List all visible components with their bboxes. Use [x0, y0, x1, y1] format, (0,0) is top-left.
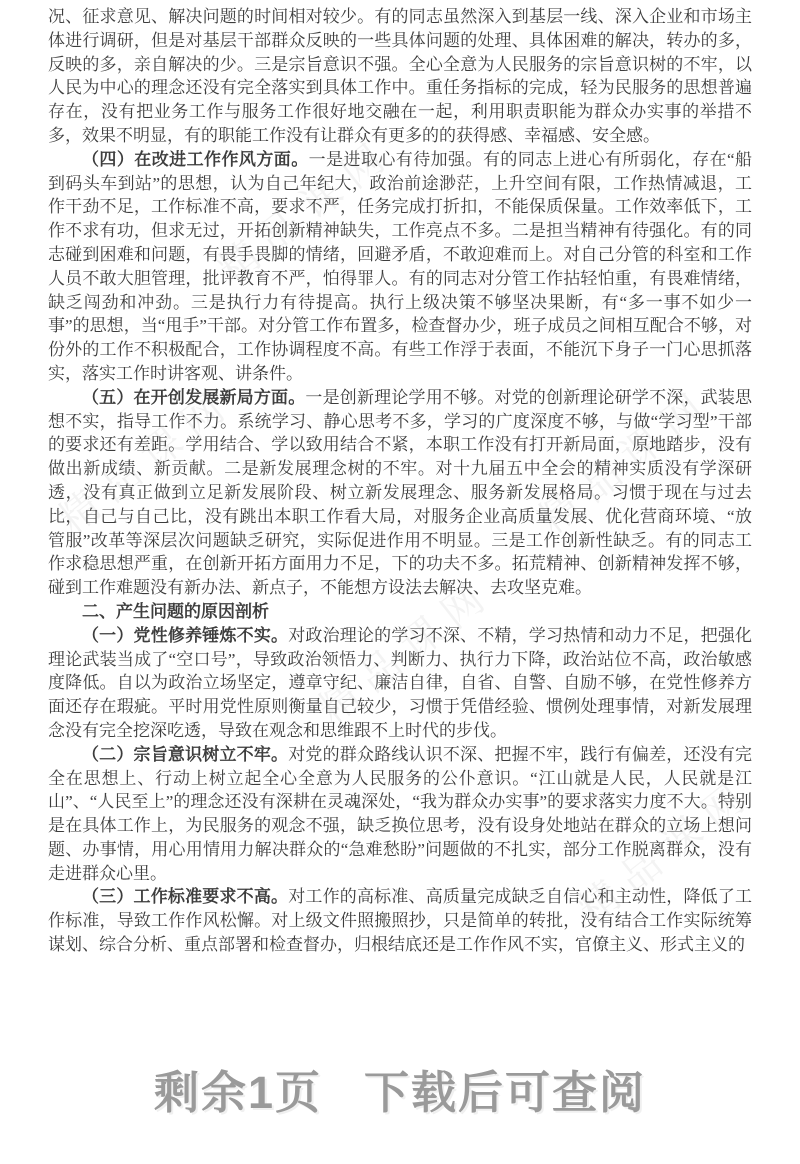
paragraph-lead: （四）在改进工作作风方面。 — [82, 150, 309, 169]
paragraph-cause-2: （二）宗旨意识树立不牢。对党的群众路线认识不深、把握不牢，践行有偏差，还没有完全… — [48, 743, 752, 886]
paragraph-section-5: （五）在开创发展新局方面。一是创新理论学用不够。对党的创新理论研学不深，武装思想… — [48, 386, 752, 600]
paragraph-text: 况、征求意见、解决问题的时间相对较少。有的同志虽然深入到基层一线、深入企业和市场… — [48, 7, 752, 145]
heading-text: 二、产生问题的原因剖析 — [82, 602, 269, 621]
paragraph-lead: （五）在开创发展新局方面。 — [82, 388, 305, 407]
paragraph-continuation: 况、征求意见、解决问题的时间相对较少。有的同志虽然深入到基层一线、深入企业和市场… — [48, 5, 752, 148]
section-heading-causes: 二、产生问题的原因剖析 — [48, 600, 752, 624]
paragraph-text: 一是进取心有待加强。有的同志上进心有所弱化，存在“船到码头车到站”的思想，认为自… — [48, 150, 752, 383]
paragraph-lead: （一）党性修养锤炼不实。 — [82, 626, 288, 645]
paragraph-cause-1: （一）党性修养锤炼不实。对政治理论的学习不深、不精，学习热情和动力不足，把强化理… — [48, 624, 752, 743]
paragraph-text: 对党的群众路线认识不深、把握不牢，践行有偏差，还没有完全在思想上、行动上树立起全… — [48, 745, 752, 883]
document-page: 况、征求意见、解决问题的时间相对较少。有的同志虽然深入到基层一线、深入企业和市场… — [48, 5, 752, 957]
paragraph-cause-3: （三）工作标准要求不高。对工作的高标准、高质量完成缺乏自信心和主动性，降低了工作… — [48, 885, 752, 956]
paragraph-lead: （三）工作标准要求不高。 — [82, 887, 288, 906]
paragraph-lead: （二）宗旨意识树立不牢。 — [82, 745, 288, 764]
download-to-view-hint: 下载后可查阅 — [364, 1056, 646, 1121]
remaining-pages-count: 剩余1页 — [154, 1056, 322, 1121]
remaining-pages-banner: 剩余1页 下载后可查阅 — [0, 1056, 800, 1121]
paragraph-text: 一是创新理论学用不够。对党的创新理论研学不深，武装思想不实，指导工作不力。系统学… — [48, 388, 752, 597]
paragraph-section-4: （四）在改进工作作风方面。一是进取心有待加强。有的同志上进心有所弱化，存在“船到… — [48, 148, 752, 386]
